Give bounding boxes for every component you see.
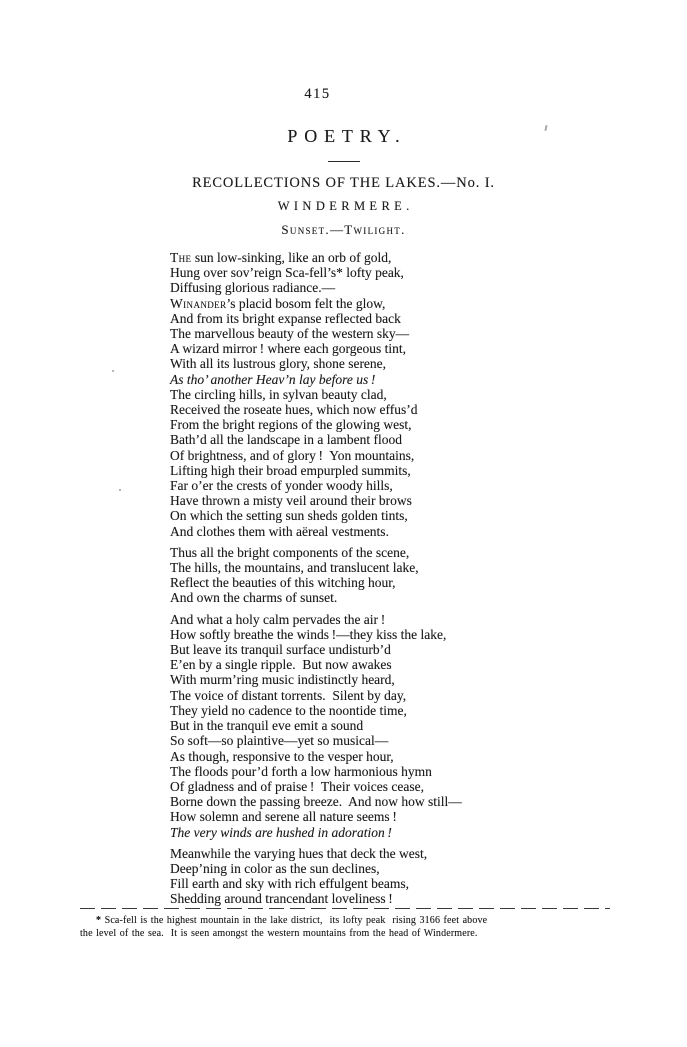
motto-subtitle: Sunset.—Twilight. <box>0 222 687 238</box>
poem-line-segment: With murm’ring music indistinctly heard, <box>170 672 395 687</box>
poem-line-segment: Of gladness and of praise ! Their voices… <box>170 779 424 794</box>
poem-line: So soft—so plaintive—yet so musical— <box>170 733 687 748</box>
poem-line: Have thrown a misty veil around their br… <box>170 493 687 508</box>
article-title: RECOLLECTIONS OF THE LAKES.—No. I. <box>0 175 687 192</box>
poem-line: And clothes them with aëreal vestments. <box>170 524 687 539</box>
section-title: POETRY. <box>0 126 687 147</box>
poem-line-segment: But in the tranquil eve emit a sound <box>170 718 363 733</box>
poem-line: And from its bright expanse reflected ba… <box>170 311 687 326</box>
poem-line: Far o’er the crests of yonder woody hill… <box>170 478 687 493</box>
poem-line: Borne down the passing breeze. And now h… <box>170 794 687 809</box>
poem-line-segment: Reflect the beauties of this witching ho… <box>170 575 396 590</box>
poem-line: Fill earth and sky with rich effulgent b… <box>170 876 687 891</box>
poem-line-segment: With all its lustrous glory, shone seren… <box>170 356 386 371</box>
stanza: And what a holy calm pervades the air !H… <box>170 612 687 840</box>
title-rule-divider <box>328 161 360 162</box>
poem-line-segment: And own the charms of sunset. <box>170 590 337 605</box>
footnote-line: the level of the sea. It is seen amongst… <box>80 927 610 940</box>
poem-line: Deep’ning in color as the sun declines, <box>170 861 687 876</box>
page-header: 415 POETRY. RECOLLECTIONS OF THE LAKES.—… <box>0 86 687 238</box>
poem-line-segment: As tho’ another Heav’n lay before us ! <box>170 372 375 387</box>
poem-line: They yield no cadence to the noontide ti… <box>170 703 687 718</box>
poem-line-segment: Bath’d all the landscape in a lambent fl… <box>170 432 402 447</box>
poem-line: As though, responsive to the vesper hour… <box>170 749 687 764</box>
poem-line: The marvellous beauty of the western sky… <box>170 326 687 341</box>
poem-line-segment: And from its bright expanse reflected ba… <box>170 311 401 326</box>
poem-line: And what a holy calm pervades the air ! <box>170 612 687 627</box>
page: 415 POETRY. RECOLLECTIONS OF THE LAKES.—… <box>0 0 687 1047</box>
poem-line-segment: Have thrown a misty veil around their br… <box>170 493 412 508</box>
poem: The sun low-sinking, like an orb of gold… <box>170 250 687 907</box>
poem-line: A wizard mirror ! where each gorgeous ti… <box>170 341 687 356</box>
poem-line: And own the charms of sunset. <box>170 590 687 605</box>
scan-speck <box>119 489 121 491</box>
poem-line-segment: Thus all the bright components of the sc… <box>170 545 409 560</box>
footnote-line: * Sca-fell is the highest mountain in th… <box>80 914 610 927</box>
poem-line-segment: How softly breathe the winds !—they kiss… <box>170 627 446 642</box>
poem-line-segment: Hung over sov’reign Sca-fell’s* lofty pe… <box>170 265 404 280</box>
poem-line-segment: E’en by a single ripple. But now awakes <box>170 657 392 672</box>
poem-line-segment: The very winds are hushed in adoration ! <box>170 825 392 840</box>
poem-line: Received the roseate hues, which now eff… <box>170 402 687 417</box>
poem-line: With murm’ring music indistinctly heard, <box>170 672 687 687</box>
poem-line: With all its lustrous glory, shone seren… <box>170 356 687 371</box>
stanza: Thus all the bright components of the sc… <box>170 545 687 606</box>
poem-line: Of brightness, and of glory ! Yon mounta… <box>170 448 687 463</box>
poem-line-segment: From the bright regions of the glowing w… <box>170 417 411 432</box>
poem-line-segment: How solemn and serene all nature seems ! <box>170 809 397 824</box>
poem-line: Of gladness and of praise ! Their voices… <box>170 779 687 794</box>
poem-line: Reflect the beauties of this witching ho… <box>170 575 687 590</box>
poem-line-segment: Borne down the passing breeze. And now h… <box>170 794 462 809</box>
poem-line: From the bright regions of the glowing w… <box>170 417 687 432</box>
poem-line: Winander’s placid bosom felt the glow, <box>170 296 687 311</box>
poem-line-segment: sun low-sinking, like an orb of gold, <box>191 250 391 265</box>
poem-line: The very winds are hushed in adoration ! <box>170 825 687 840</box>
poem-line-segment: But leave its tranquil surface undisturb… <box>170 642 391 657</box>
footnote-area: * Sca-fell is the highest mountain in th… <box>80 908 610 940</box>
poem-line: But leave its tranquil surface undisturb… <box>170 642 687 657</box>
poem-line: Thus all the bright components of the sc… <box>170 545 687 560</box>
place-title: WINDERMERE. <box>0 199 687 214</box>
poem-line-segment: Fill earth and sky with rich effulgent b… <box>170 876 409 891</box>
poem-line-segment: Of brightness, and of glory ! Yon mounta… <box>170 448 414 463</box>
poem-line: Lifting high their broad empurpled summi… <box>170 463 687 478</box>
poem-line-segment: Lifting high their broad empurpled summi… <box>170 463 411 478</box>
poem-line-segment: Meanwhile the varying hues that deck the… <box>170 846 427 861</box>
poem-line-segment: Far o’er the crests of yonder woody hill… <box>170 478 393 493</box>
poem-line-segment: On which the setting sun sheds golden ti… <box>170 508 408 523</box>
poem-line: Diffusing glorious radiance.— <box>170 280 687 295</box>
poem-line-segment: As though, responsive to the vesper hour… <box>170 749 394 764</box>
poem-line-segment: The marvellous beauty of the western sky… <box>170 326 409 341</box>
poem-line-segment: A wizard mirror ! where each gorgeous ti… <box>170 341 406 356</box>
poem-line: The hills, the mountains, and translucen… <box>170 560 687 575</box>
footnote-text: Sca-fell is the highest mountain in the … <box>101 915 487 926</box>
poem-line-segment: The hills, the mountains, and translucen… <box>170 560 419 575</box>
poem-line: Hung over sov’reign Sca-fell’s* lofty pe… <box>170 265 687 280</box>
poem-line: How solemn and serene all nature seems ! <box>170 809 687 824</box>
poem-line: How softly breathe the winds !—they kiss… <box>170 627 687 642</box>
poem-line-segment: So soft—so plaintive—yet so musical— <box>170 733 388 748</box>
page-number: 415 <box>0 86 635 103</box>
poem-line-segment: The voice of distant torrents. Silent by… <box>170 688 406 703</box>
poem-line: But in the tranquil eve emit a sound <box>170 718 687 733</box>
poem-line: E’en by a single ripple. But now awakes <box>170 657 687 672</box>
stanza: The sun low-sinking, like an orb of gold… <box>170 250 687 539</box>
poem-line: Shedding around trancendant loveliness ! <box>170 891 687 906</box>
poem-line-segment: The floods pour’d forth a low harmonious… <box>170 764 432 779</box>
poem-line-segment: And what a holy calm pervades the air ! <box>170 612 385 627</box>
poem-line: Meanwhile the varying hues that deck the… <box>170 846 687 861</box>
scan-speck <box>112 370 114 372</box>
poem-line-segment: They yield no cadence to the noontide ti… <box>170 703 407 718</box>
stanza: Meanwhile the varying hues that deck the… <box>170 846 687 907</box>
poem-line: Bath’d all the landscape in a lambent fl… <box>170 432 687 447</box>
poem-line-segment: The <box>170 250 191 265</box>
poem-line: On which the setting sun sheds golden ti… <box>170 508 687 523</box>
poem-line-segment: ’s placid bosom felt the glow, <box>226 296 385 311</box>
footnote-rule-divider <box>80 908 610 909</box>
poem-line: The sun low-sinking, like an orb of gold… <box>170 250 687 265</box>
poem-line-segment: Deep’ning in color as the sun declines, <box>170 861 380 876</box>
poem-line-segment: The circling hills, in sylvan beauty cla… <box>170 387 387 402</box>
poem-line: The voice of distant torrents. Silent by… <box>170 688 687 703</box>
poem-line-segment: And clothes them with aëreal vestments. <box>170 524 389 539</box>
poem-line-segment: Received the roseate hues, which now eff… <box>170 402 418 417</box>
poem-line: The circling hills, in sylvan beauty cla… <box>170 387 687 402</box>
poem-line-segment: Winander <box>170 296 226 311</box>
poem-line: As tho’ another Heav’n lay before us ! <box>170 372 687 387</box>
poem-line-segment: Shedding around trancendant loveliness ! <box>170 891 393 906</box>
poem-line-segment: Diffusing glorious radiance.— <box>170 280 335 295</box>
poem-line: The floods pour’d forth a low harmonious… <box>170 764 687 779</box>
